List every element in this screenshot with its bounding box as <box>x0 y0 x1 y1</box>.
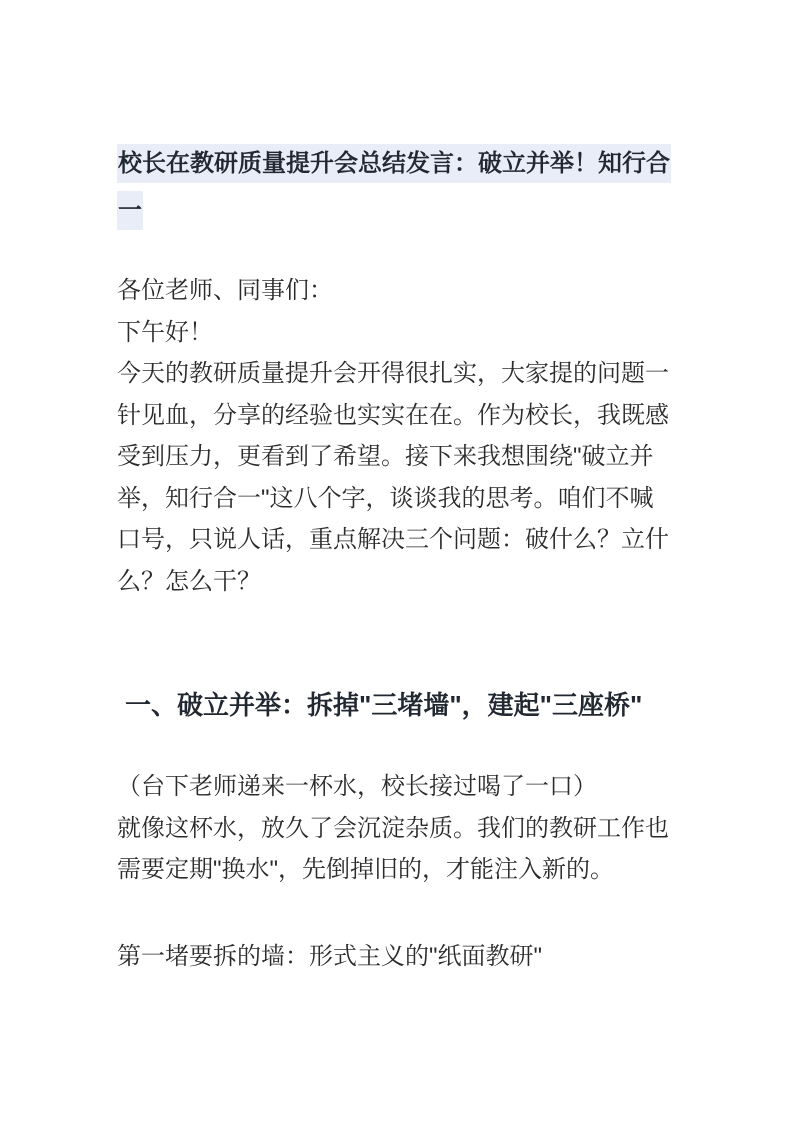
section-1-heading: 一、破立并举：拆掉"三堵墙"，建起"三座桥" <box>117 681 717 729</box>
intro-paragraph: 今天的教研质量提升会开得很扎实，大家提的问题一针见血，分享的经验也实实在在。作为… <box>117 353 675 602</box>
stage-direction-line: （台下老师递来一杯水，校长接过喝了一口） <box>117 766 675 808</box>
document-page: 校长在教研质量提升会总结发言：破立并举！知行合一 各位老师、同事们： 下午好！ … <box>0 0 793 1122</box>
first-wall-subheading: 第一堵要拆的墙：形式主义的"纸面教研" <box>117 936 675 978</box>
water-metaphor-paragraph: 就像这杯水，放久了会沉淀杂质。我们的教研工作也需要定期"换水"，先倒掉旧的，才能… <box>117 808 675 891</box>
salutation-line: 下午好！ <box>117 312 675 354</box>
document-title: 校长在教研质量提升会总结发言：破立并举！知行合一 <box>117 140 675 234</box>
greeting-line: 各位老师、同事们： <box>117 270 675 312</box>
title-highlight-text: 校长在教研质量提升会总结发言：破立并举！知行合一 <box>117 144 671 230</box>
